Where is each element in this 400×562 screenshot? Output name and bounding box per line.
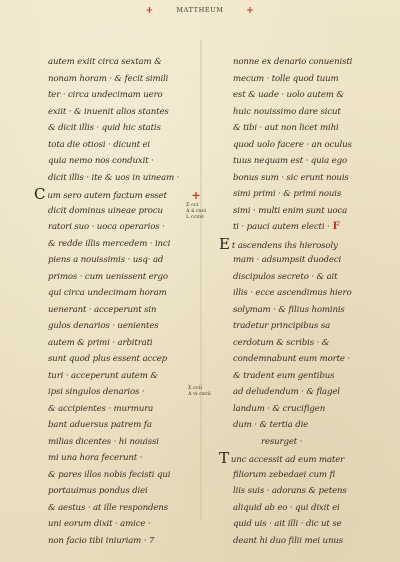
canon-table-reference: L ccxvi — [186, 214, 206, 220]
text-line-body: piens a nouissimis · usq· ad — [48, 255, 163, 265]
red-cross-icon: + — [246, 6, 254, 16]
text-line-body: t ascendens ihs hierosoly — [232, 241, 338, 251]
text-line-body: um sero autem factum esset — [47, 191, 167, 201]
text-line: nonne ex denario conuenisti — [233, 54, 383, 71]
text-line: solymam · & filius hominis — [233, 302, 383, 319]
text-line-body: tradetur principibus sa — [233, 321, 330, 331]
text-line: simi · multi enim sunt uoca — [233, 203, 383, 220]
text-line-body: ter · circa undecimam uero — [48, 90, 163, 100]
text-line: bant aduersus patrem fa — [48, 417, 198, 434]
text-line: dum · & tertia die — [233, 417, 383, 434]
text-line: mi una hora fecerunt · — [48, 450, 198, 467]
text-line: primos · cum uenissent ergo — [48, 269, 198, 286]
text-line: autem exiit circa sextam & — [48, 54, 198, 71]
text-line: qui circa undecimam horam — [48, 285, 198, 302]
text-line-body: cerdotum & scribis · & — [233, 338, 329, 348]
initial-letter: E — [219, 235, 230, 253]
text-line-body: milias dicentes · hi nouissi — [48, 437, 159, 447]
canon-table-reference: Δ vi cxvii — [188, 391, 211, 397]
text-line-body: gulos denarios · uenientes — [48, 321, 159, 331]
text-line-body: sunt quod plus essent accep — [48, 354, 167, 364]
canon-marginalia-1: +Σ cciΔ ii cxviL ccxvi — [186, 190, 206, 220]
text-line: liis suis · adorans & petens — [233, 483, 383, 500]
text-line-body: simi · multi enim sunt uoca — [233, 206, 347, 216]
text-line-body: simi primi · & primi nouis — [233, 189, 341, 199]
text-line-body: autem exiit circa sextam & — [48, 57, 162, 67]
text-line-body: & tradent eum gentibus — [233, 371, 334, 381]
text-line: & tibi · aut non licet mihi — [233, 120, 383, 137]
text-line-body: filiorum zebedaei cum fi — [233, 470, 335, 480]
text-line: dicit dominus uineae procu — [48, 203, 198, 220]
text-line-body: & tibi · aut non licet mihi — [233, 123, 339, 133]
text-line-body: uni eorum dixit · amice · — [48, 519, 150, 529]
text-line: ipsi singulos denarios · — [48, 384, 198, 401]
text-line-body: turi · acceperunt autem & — [48, 371, 158, 381]
text-line-body: solymam · & filius hominis — [233, 305, 345, 315]
text-line-body: dicit illis · ite & uos in uineam · — [48, 173, 179, 183]
text-line-body: condemnabunt eum morte · — [233, 354, 350, 364]
text-line-body: nonne ex denario conuenisti — [233, 57, 352, 67]
text-line-body: & accipientes · murmura — [48, 404, 153, 414]
text-line: piens a nouissimis · usq· ad — [48, 252, 198, 269]
text-line: deant hi duo filii mei unus — [233, 533, 383, 550]
text-line: Tunc accessit ad eum mater — [219, 450, 383, 467]
text-line: sunt quod plus essent accep — [48, 351, 198, 368]
text-line: & aestus · at ille respondens — [48, 500, 198, 517]
text-line-body: ti · pauci autem electi · — [233, 222, 330, 232]
text-line-body: & aestus · at ille respondens — [48, 503, 168, 513]
text-line: landum · & crucifigen — [233, 401, 383, 418]
rubric-section-mark: F — [333, 221, 340, 232]
text-line: est & uade · uolo autem & — [233, 87, 383, 104]
text-line: tuus nequam est · quia ego — [233, 153, 383, 170]
text-line-body: deant hi duo filii mei unus — [233, 536, 343, 546]
text-line: portauimus pondus diei — [48, 483, 198, 500]
text-line-body: mecum · tolle quod tuum — [233, 74, 339, 84]
text-line-body: est & uade · uolo autem & — [233, 90, 344, 100]
text-line: & pares illos nobis fecisti qui — [48, 467, 198, 484]
text-line-body: tuus nequam est · quia ego — [233, 156, 347, 166]
text-line-body: non facio tibi iniuriam · 7 — [48, 536, 154, 546]
text-line-body: qui circa undecimam horam — [48, 288, 167, 298]
text-line: autem & primi · arbitrati — [48, 335, 198, 352]
initial-letter: C — [34, 185, 45, 203]
text-line: simi primi · & primi nouis — [233, 186, 383, 203]
text-line-body: primos · cum uenissent ergo — [48, 272, 168, 282]
header-title: MATTHEUM — [176, 6, 223, 14]
ruling-line — [200, 40, 202, 520]
text-line-body: quod uolo facere · an oculus — [233, 140, 352, 150]
text-line: condemnabunt eum morte · — [233, 351, 383, 368]
text-line-body: quid uis · ait illi · dic ut se — [233, 519, 342, 529]
text-line-body: exiit · & inuenit alios stantes — [48, 107, 169, 117]
text-line: dicit illis · ite & uos in uineam · — [48, 170, 198, 187]
text-line: cerdotum & scribis · & — [233, 335, 383, 352]
text-line: bonus sum · sic erunt nouis — [233, 170, 383, 187]
text-line: aliquid ab eo · qui dixit ei — [233, 500, 383, 517]
text-line: Et ascendens ihs hierosoly — [219, 236, 383, 253]
text-line: tradetur principibus sa — [233, 318, 383, 335]
text-line: gulos denarios · uenientes — [48, 318, 198, 335]
text-line-body: autem & primi · arbitrati — [48, 338, 153, 348]
text-line-body: illis · ecce ascendimus hiero — [233, 288, 351, 298]
text-line: illis · ecce ascendimus hiero — [233, 285, 383, 302]
text-line-body: & pares illos nobis fecisti qui — [48, 470, 170, 480]
red-cross-icon: + — [186, 190, 206, 201]
text-line-body: quia nemo nos conduxit · — [48, 156, 154, 166]
text-line: ad deludendum · & flagel — [233, 384, 383, 401]
text-line: Cum sero autem factum esset — [34, 186, 198, 203]
red-cross-icon: + — [146, 6, 154, 16]
text-line-body: bonus sum · sic erunt nouis — [233, 173, 349, 183]
text-line: ter · circa undecimam uero — [48, 87, 198, 104]
text-line: discipulos secreto · & ait — [233, 269, 383, 286]
text-line: nonam horam · & fecit simili — [48, 71, 198, 88]
text-line-body: mi una hora fecerunt · — [48, 453, 142, 463]
text-line-body: ipsi singulos denarios · — [48, 387, 144, 397]
text-line-body: portauimus pondus diei — [48, 486, 148, 496]
text-line-body: huic nouissimo dare sicut — [233, 107, 341, 117]
text-line-body: & dicit illis · quid hic statis — [48, 123, 161, 133]
text-line-body: resurget · — [261, 437, 302, 447]
running-header: + MATTHEUM + — [0, 6, 400, 16]
text-line-body: nonam horam · & fecit simili — [48, 74, 168, 84]
text-line-body: landum · & crucifigen — [233, 404, 325, 414]
left-text-column: autem exiit circa sextam &nonam horam · … — [48, 54, 198, 549]
text-line: uni eorum dixit · amice · — [48, 516, 198, 533]
text-line: ti · pauci autem electi ·F — [233, 219, 383, 236]
text-line: & redde illis mercedem · inci — [48, 236, 198, 253]
text-line: & accipientes · murmura — [48, 401, 198, 418]
text-line: uenerant · acceperunt sin — [48, 302, 198, 319]
text-line: quod uolo facere · an oculus — [233, 137, 383, 154]
text-line-body: discipulos secreto · & ait — [233, 272, 337, 282]
text-line: & tradent eum gentibus — [233, 368, 383, 385]
text-line: tota die otiosi · dicunt ei — [48, 137, 198, 154]
text-line-body: ratori suo · uoca operarios · — [48, 222, 165, 232]
text-line-body: liis suis · adorans & petens — [233, 486, 347, 496]
text-line-body: unc accessit ad eum mater — [231, 455, 344, 465]
text-line: turi · acceperunt autem & — [48, 368, 198, 385]
manuscript-page: + MATTHEUM + autem exiit circa sextam &n… — [0, 0, 400, 562]
text-line: exiit · & inuenit alios stantes — [48, 104, 198, 121]
text-line-body: bant aduersus patrem fa — [48, 420, 152, 430]
text-line-body: tota die otiosi · dicunt ei — [48, 140, 150, 150]
text-line-body: mam · adsumpsit duodeci — [233, 255, 341, 265]
text-line-body: dum · & tertia die — [233, 420, 308, 430]
text-line: & dicit illis · quid hic statis — [48, 120, 198, 137]
text-line: mam · adsumpsit duodeci — [233, 252, 383, 269]
text-line-body: & redde illis mercedem · inci — [48, 239, 170, 249]
text-line: quid uis · ait illi · dic ut se — [233, 516, 383, 533]
text-line: filiorum zebedaei cum fi — [233, 467, 383, 484]
text-line: ratori suo · uoca operarios · — [48, 219, 198, 236]
text-line-body: uenerant · acceperunt sin — [48, 305, 156, 315]
text-line: quia nemo nos conduxit · — [48, 153, 198, 170]
text-line-body: ad deludendum · & flagel — [233, 387, 340, 397]
text-line-body: dicit dominus uineae procu — [48, 206, 163, 216]
canon-marginalia-2: Σ cciiΔ vi cxvii — [188, 385, 211, 397]
right-text-column: nonne ex denario conuenistimecum · tolle… — [233, 54, 383, 549]
initial-letter: T — [219, 449, 229, 467]
text-line: huic nouissimo dare sicut — [233, 104, 383, 121]
text-line: milias dicentes · hi nouissi — [48, 434, 198, 451]
text-line: resurget · — [233, 434, 383, 451]
text-line: non facio tibi iniuriam · 7 — [48, 533, 198, 550]
text-line-body: aliquid ab eo · qui dixit ei — [233, 503, 340, 513]
text-line: mecum · tolle quod tuum — [233, 71, 383, 88]
